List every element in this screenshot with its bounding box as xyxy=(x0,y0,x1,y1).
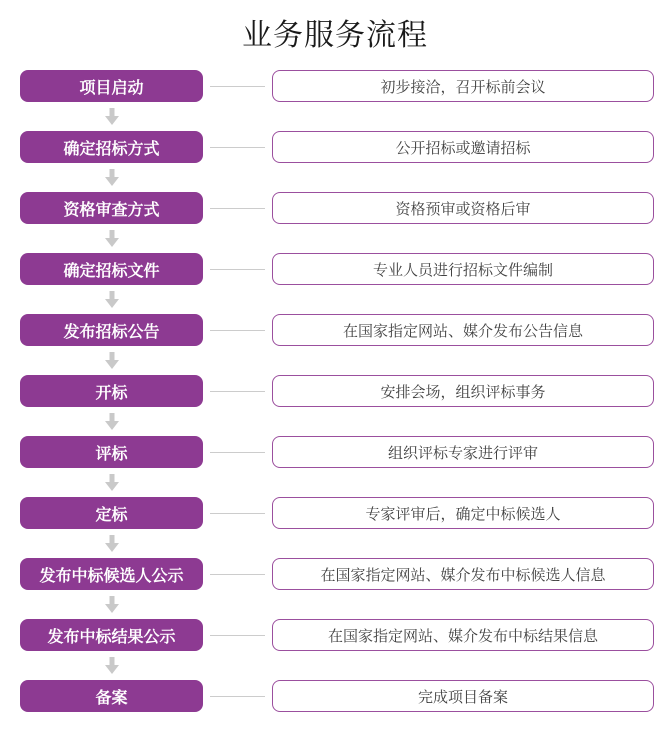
step-box: 资格审查方式 xyxy=(20,192,203,224)
connector-line xyxy=(210,330,265,331)
step-row: 发布招标公告 在国家指定网站、媒介发布公告信息 xyxy=(20,314,654,346)
desc-text: 资格预审或资格后审 xyxy=(395,198,530,219)
down-arrow-icon xyxy=(105,291,119,308)
arrow-gap xyxy=(20,468,203,497)
step-row: 备案 完成项目备案 xyxy=(20,680,654,712)
arrow-gap xyxy=(20,651,203,680)
step-label: 确定招标文件 xyxy=(63,258,159,281)
desc-box: 公开招标或邀请招标 xyxy=(272,131,654,163)
step-box: 确定招标文件 xyxy=(20,253,203,285)
down-arrow-icon xyxy=(105,108,119,125)
arrow-gap xyxy=(20,529,203,558)
desc-box: 专业人员进行招标文件编制 xyxy=(272,253,654,285)
connector xyxy=(203,635,272,636)
arrow-gap xyxy=(20,346,203,375)
connector-line xyxy=(210,513,265,514)
connector-line xyxy=(210,635,265,636)
desc-box: 完成项目备案 xyxy=(272,680,654,712)
connector xyxy=(203,452,272,453)
desc-box: 在国家指定网站、媒介发布中标候选人信息 xyxy=(272,558,654,590)
connector-line xyxy=(210,696,265,697)
desc-text: 完成项目备案 xyxy=(418,686,508,707)
flowchart-page: 业务服务流程 项目启动 初步接洽，召开标前会议 确定招标方式 公开招标或邀请招标… xyxy=(0,0,670,744)
desc-text: 公开招标或邀请招标 xyxy=(395,137,530,158)
arrow-gap xyxy=(20,590,203,619)
step-row: 开标 安排会场，组织评标事务 xyxy=(20,375,654,407)
step-label: 发布中标候选人公示 xyxy=(39,563,183,586)
down-arrow-icon xyxy=(105,352,119,369)
desc-box: 专家评审后，确定中标候选人 xyxy=(272,497,654,529)
connector-line xyxy=(210,574,265,575)
step-box: 发布招标公告 xyxy=(20,314,203,346)
step-label: 资格审查方式 xyxy=(63,197,159,220)
down-arrow-icon xyxy=(105,413,119,430)
step-label: 定标 xyxy=(95,502,127,525)
step-row: 资格审查方式 资格预审或资格后审 xyxy=(20,192,654,224)
step-label: 发布招标公告 xyxy=(63,319,159,342)
step-box: 开标 xyxy=(20,375,203,407)
connector-line xyxy=(210,147,265,148)
down-arrow-icon xyxy=(105,474,119,491)
step-row: 发布中标结果公示 在国家指定网站、媒介发布中标结果信息 xyxy=(20,619,654,651)
step-row: 确定招标方式 公开招标或邀请招标 xyxy=(20,131,654,163)
down-arrow-icon xyxy=(105,535,119,552)
desc-box: 资格预审或资格后审 xyxy=(272,192,654,224)
connector xyxy=(203,513,272,514)
desc-text: 组织评标专家进行评审 xyxy=(388,442,538,463)
arrow-gap xyxy=(20,224,203,253)
connector xyxy=(203,86,272,87)
desc-text: 在国家指定网站、媒介发布中标结果信息 xyxy=(328,625,598,646)
arrow-gap xyxy=(20,102,203,131)
down-arrow-icon xyxy=(105,657,119,674)
connector xyxy=(203,574,272,575)
step-row: 项目启动 初步接洽，召开标前会议 xyxy=(20,70,654,102)
step-label: 发布中标结果公示 xyxy=(47,624,175,647)
step-box: 发布中标候选人公示 xyxy=(20,558,203,590)
desc-text: 在国家指定网站、媒介发布中标候选人信息 xyxy=(320,564,605,585)
step-label: 项目启动 xyxy=(79,75,143,98)
page-title: 业务服务流程 xyxy=(0,0,670,50)
desc-text: 初步接洽，召开标前会议 xyxy=(380,76,545,97)
step-box: 项目启动 xyxy=(20,70,203,102)
flowchart: 项目启动 初步接洽，召开标前会议 确定招标方式 公开招标或邀请招标 资格审查方式… xyxy=(0,50,670,712)
connector-line xyxy=(210,208,265,209)
step-box: 定标 xyxy=(20,497,203,529)
step-box: 评标 xyxy=(20,436,203,468)
desc-text: 专家评审后，确定中标候选人 xyxy=(365,503,560,524)
connector xyxy=(203,696,272,697)
down-arrow-icon xyxy=(105,596,119,613)
step-row: 评标 组织评标专家进行评审 xyxy=(20,436,654,468)
step-row: 确定招标文件 专业人员进行招标文件编制 xyxy=(20,253,654,285)
step-label: 确定招标方式 xyxy=(63,136,159,159)
desc-box: 在国家指定网站、媒介发布中标结果信息 xyxy=(272,619,654,651)
connector-line xyxy=(210,452,265,453)
connector xyxy=(203,330,272,331)
connector xyxy=(203,269,272,270)
desc-box: 初步接洽，召开标前会议 xyxy=(272,70,654,102)
step-label: 开标 xyxy=(95,380,127,403)
arrow-gap xyxy=(20,163,203,192)
connector-line xyxy=(210,269,265,270)
step-box: 发布中标结果公示 xyxy=(20,619,203,651)
connector xyxy=(203,147,272,148)
step-box: 备案 xyxy=(20,680,203,712)
desc-box: 组织评标专家进行评审 xyxy=(272,436,654,468)
desc-text: 在国家指定网站、媒介发布公告信息 xyxy=(343,320,583,341)
connector xyxy=(203,391,272,392)
desc-text: 专业人员进行招标文件编制 xyxy=(373,259,553,280)
arrow-gap xyxy=(20,407,203,436)
down-arrow-icon xyxy=(105,230,119,247)
step-row: 定标 专家评审后，确定中标候选人 xyxy=(20,497,654,529)
step-box: 确定招标方式 xyxy=(20,131,203,163)
connector-line xyxy=(210,391,265,392)
arrow-gap xyxy=(20,285,203,314)
down-arrow-icon xyxy=(105,169,119,186)
step-row: 发布中标候选人公示 在国家指定网站、媒介发布中标候选人信息 xyxy=(20,558,654,590)
desc-box: 在国家指定网站、媒介发布公告信息 xyxy=(272,314,654,346)
connector xyxy=(203,208,272,209)
connector-line xyxy=(210,86,265,87)
step-label: 备案 xyxy=(95,685,127,708)
step-label: 评标 xyxy=(95,441,127,464)
desc-text: 安排会场，组织评标事务 xyxy=(380,381,545,402)
desc-box: 安排会场，组织评标事务 xyxy=(272,375,654,407)
